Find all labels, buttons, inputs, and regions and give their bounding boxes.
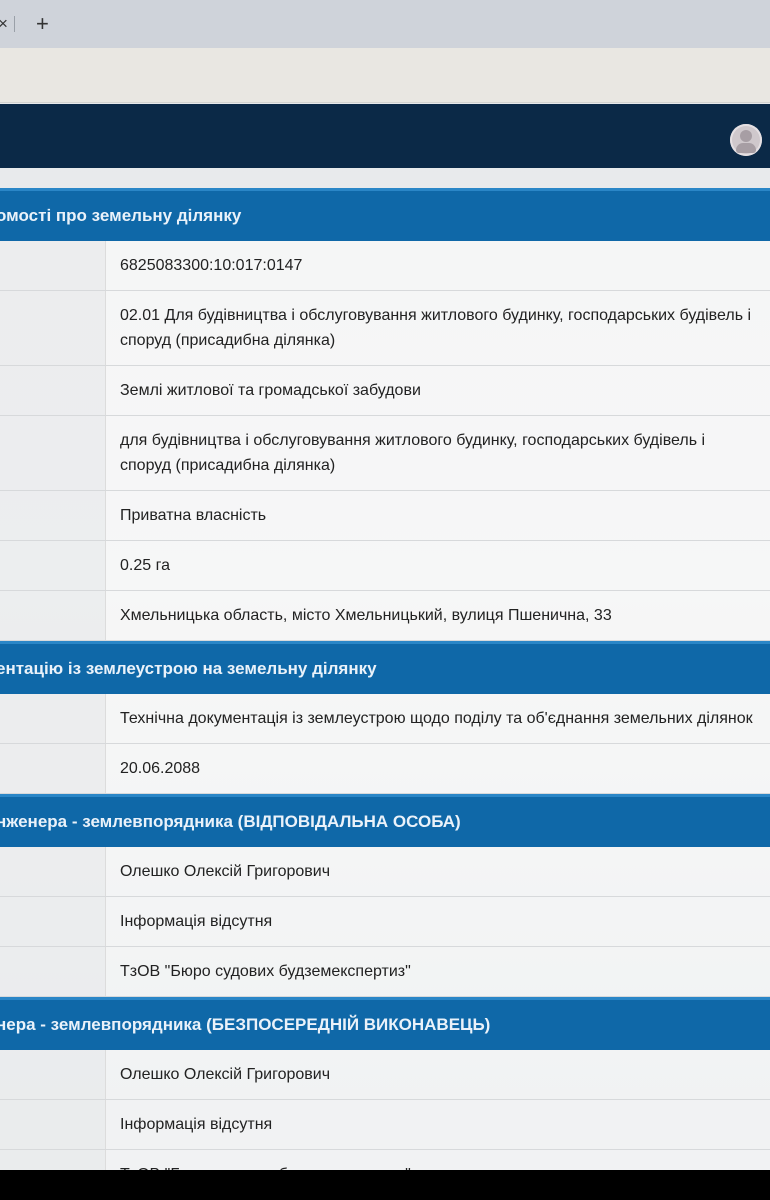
app-header <box>0 104 770 168</box>
label-cell <box>0 847 106 896</box>
section-title: омості про земельну ділянку <box>0 206 241 226</box>
label-cell <box>0 366 106 415</box>
table-row: Інформація відсутня <box>0 1100 770 1150</box>
section-header-direct-executor: нера - землевпорядника (БЕЗПОСЕРЕДНІЙ ВИ… <box>0 997 770 1050</box>
label-cell <box>0 291 106 365</box>
table-row: Технічна документація із землеустрою щод… <box>0 694 770 744</box>
table-row: Приватна власність <box>0 491 770 541</box>
cadastral-number: 6825083300:10:017:0147 <box>106 241 770 290</box>
label-cell <box>0 744 106 793</box>
table-row: Олешко Олексій Григорович <box>0 1050 770 1100</box>
tab-separator <box>14 16 15 32</box>
table-row: Хмельницька область, місто Хмельницький,… <box>0 591 770 641</box>
intended-use: для будівництва і обслуговування житлово… <box>106 416 770 490</box>
table-row: 0.25 га <box>0 541 770 591</box>
ownership-form: Приватна власність <box>106 491 770 540</box>
browser-toolbar <box>0 48 770 103</box>
table-row: ТзОВ "Бюро судових будземекспертиз" <box>0 1150 770 1170</box>
label-cell <box>0 1100 106 1149</box>
address: Хмельницька область, місто Хмельницький,… <box>106 591 770 640</box>
new-tab-button[interactable]: + <box>36 11 49 37</box>
parcel-details: омості про земельну ділянку 6825083300:1… <box>0 188 770 1170</box>
land-category: Землі житлової та громадської забудови <box>106 366 770 415</box>
documentation-date: 20.06.2088 <box>106 744 770 793</box>
section-title: ентацію із землеустрою на земельну ділян… <box>0 659 377 679</box>
table-row: ТзОВ "Бюро судових будземекспертиз" <box>0 947 770 997</box>
label-cell <box>0 1150 106 1170</box>
area: 0.25 га <box>106 541 770 590</box>
section-title: нженера - землевпорядника (ВІДПОВІДАЛЬНА… <box>0 812 461 832</box>
label-cell <box>0 491 106 540</box>
close-tab-icon[interactable]: × <box>0 14 8 34</box>
table-row: 20.06.2088 <box>0 744 770 794</box>
browser-tab-strip: × + <box>0 0 770 48</box>
label-cell <box>0 947 106 996</box>
label-cell <box>0 416 106 490</box>
executor-name: Олешко Олексій Григорович <box>106 1050 770 1099</box>
table-row: Інформація відсутня <box>0 897 770 947</box>
table-row: Землі житлової та громадської забудови <box>0 366 770 416</box>
label-cell <box>0 591 106 640</box>
executor-info: Інформація відсутня <box>106 1100 770 1149</box>
executor-organization: ТзОВ "Бюро судових будземекспертиз" <box>106 1150 770 1170</box>
screen: × + омості про земельну ділянку 68250833… <box>0 0 770 1170</box>
table-row: 6825083300:10:017:0147 <box>0 241 770 291</box>
section-title: нера - землевпорядника (БЕЗПОСЕРЕДНІЙ ВИ… <box>0 1015 490 1035</box>
table-row: 02.01 Для будівництва і обслуговування ж… <box>0 291 770 366</box>
documentation-type: Технічна документація із землеустрою щод… <box>106 694 770 743</box>
engineer-name: Олешко Олексій Григорович <box>106 847 770 896</box>
label-cell <box>0 897 106 946</box>
table-row: для будівництва і обслуговування житлово… <box>0 416 770 491</box>
section-header-land-documentation: ентацію із землеустрою на земельну ділян… <box>0 641 770 694</box>
section-header-responsible-engineer: нженера - землевпорядника (ВІДПОВІДАЛЬНА… <box>0 794 770 847</box>
label-cell <box>0 694 106 743</box>
engineer-organization: ТзОВ "Бюро судових будземекспертиз" <box>106 947 770 996</box>
table-row: Олешко Олексій Григорович <box>0 847 770 897</box>
purpose-code: 02.01 Для будівництва і обслуговування ж… <box>106 291 770 365</box>
section-header-parcel-info: омості про земельну ділянку <box>0 188 770 241</box>
label-cell <box>0 541 106 590</box>
label-cell <box>0 241 106 290</box>
label-cell <box>0 1050 106 1099</box>
user-avatar-icon[interactable] <box>730 124 762 156</box>
engineer-info: Інформація відсутня <box>106 897 770 946</box>
